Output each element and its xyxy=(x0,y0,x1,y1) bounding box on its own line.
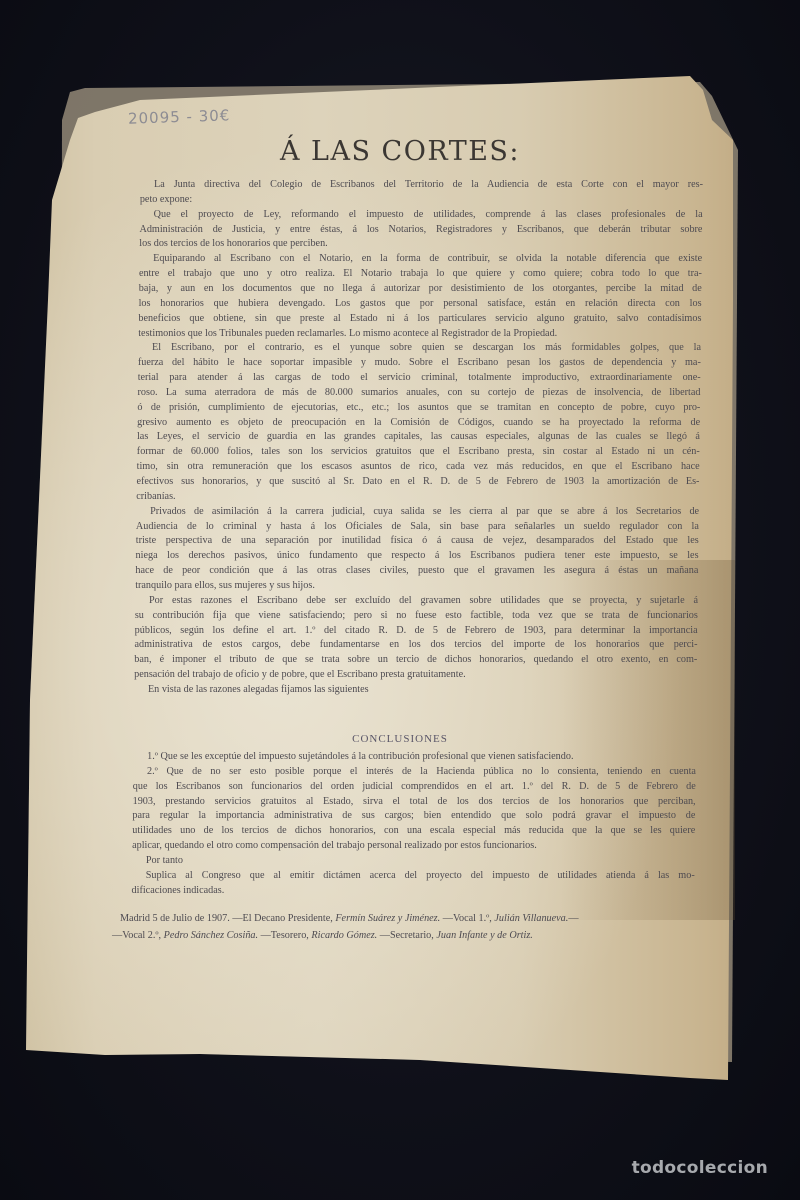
text-line: las Leyes, el servicio de guardia en las… xyxy=(137,431,700,443)
text-line: públicos, según los define el art. 1.º d… xyxy=(135,625,698,637)
text-line: triste perspectiva de una separación por… xyxy=(136,535,699,547)
text-line: testimonios que los Tribunales pueden re… xyxy=(138,328,557,340)
signature-line-1: Madrid 5 de Julio de 1907. —El Decano Pr… xyxy=(120,913,579,925)
text-line: Suplica al Congreso que al emitir dictám… xyxy=(146,870,695,882)
signature-line-2: —Vocal 2.º, Pedro Sánchez Cosiña. —Tesor… xyxy=(112,930,533,942)
text-line: La Junta directiva del Colegio de Escrib… xyxy=(154,179,703,191)
text-line: los dos tercios de los honorarios que pe… xyxy=(139,238,327,250)
text-line: terial para atender á las cargas de todo… xyxy=(138,372,701,384)
text-line: para regular la importancia administrati… xyxy=(132,810,695,822)
text-line: fuerza del hábito le hace soportar impas… xyxy=(138,357,701,369)
vocal2-role: —Vocal 2.º, xyxy=(112,930,161,941)
secretary-role: —Secretario, xyxy=(380,930,434,941)
secretary-name: Juan Infante y de Ortiz. xyxy=(436,930,532,941)
text-line: En vista de las razones alegadas fijamos… xyxy=(148,684,369,696)
text-line: peto expone: xyxy=(140,194,192,206)
treasurer-name: Ricardo Gómez. xyxy=(311,930,377,941)
text-line: timo, sin otra remuneración que los esca… xyxy=(137,461,700,473)
vocal1-name: Julián Villanueva. xyxy=(494,913,568,924)
text-line: niega los derechos pasivos, único fundam… xyxy=(136,550,699,562)
text-line: dificaciones indicadas. xyxy=(132,885,225,897)
text-line: los honorarios que hubiera devengado. Lo… xyxy=(139,298,702,310)
text-line: Privados de asimilación á la carrera jud… xyxy=(150,506,699,518)
text-line: Que el proyecto de Ley, reformando el im… xyxy=(154,209,703,221)
text-line: tranquilo para ellos, sus mujeres y sus … xyxy=(135,580,315,592)
watermark-logo: todocoleccion xyxy=(632,1158,768,1178)
text-line: 1.º Que se les exceptúe del impuesto suj… xyxy=(147,751,573,763)
president-role: —El Decano Presidente, xyxy=(232,913,332,924)
text-line: administrativa de estos cargos, debe fun… xyxy=(134,639,697,651)
text-line: pensación del trabajo de oficio y de pob… xyxy=(134,669,466,681)
text-line: que los Escribanos son funcionarios del … xyxy=(133,781,696,793)
vocal1-role: —Vocal 1.º, xyxy=(443,913,492,924)
text-line: 1903, prestando servicios gratuitos al E… xyxy=(133,796,696,808)
text-line: Administración de Justicia, y entre ésta… xyxy=(139,224,702,236)
place-date: Madrid 5 de Julio de 1907. xyxy=(120,913,230,924)
text-line: su contribución fija que viene satisfaci… xyxy=(135,610,698,622)
pencil-price-note: 20095 - 30€ xyxy=(128,106,231,128)
text-line: formar de 60.000 folios, tales son los s… xyxy=(137,446,700,458)
text-line: gresivo aumento es objeto de preocupació… xyxy=(137,417,700,429)
document-photo: 20095 - 30€ Á LAS CORTES: La Junta direc… xyxy=(0,0,800,1200)
vocal2-name: Pedro Sánchez Cosiña. xyxy=(164,930,258,941)
text-line: ó de prisión, cumplimiento de ejecutoria… xyxy=(137,402,700,414)
text-line: Por tanto xyxy=(146,855,183,867)
text-line: baja, y aun en los documentos que no lle… xyxy=(139,283,702,295)
text-line: ban, é imponer el tributo de que se trat… xyxy=(134,654,697,666)
text-line: aplicar, quedando el otro como compensac… xyxy=(132,840,537,852)
text-line: 2.º Que de no ser esto posible porque el… xyxy=(147,766,696,778)
text-line: roso. La suma aterradora de más de 80.00… xyxy=(138,387,701,399)
text-line: entre el trabajo que uno y otro realiza.… xyxy=(139,268,702,280)
treasurer-role: —Tesorero, xyxy=(261,930,309,941)
president-name: Fermín Suárez y Jiménez. xyxy=(335,913,440,924)
text-line: utilidades uno de los tercios de dichos … xyxy=(132,825,695,837)
text-line: efectivos sus honorarios, y que suscitó … xyxy=(136,476,699,488)
text-line: Por estas razones el Escribano debe ser … xyxy=(149,595,698,607)
text-line: cribanías. xyxy=(136,491,175,503)
text-line: hace de peor condición que á las otras c… xyxy=(135,565,698,577)
text-line: El Escribano, por el contrario, es el yu… xyxy=(152,342,701,354)
conclusions-heading: CONCLUSIONES xyxy=(0,733,800,745)
document-title: Á LAS CORTES: xyxy=(0,136,800,167)
text-line: beneficios que obtiene, sin que preste a… xyxy=(138,313,701,325)
text-line: Equiparando al Escribano con el Notario,… xyxy=(153,253,702,265)
text-line: Audiencia de lo criminal y hasta á los O… xyxy=(136,521,699,533)
